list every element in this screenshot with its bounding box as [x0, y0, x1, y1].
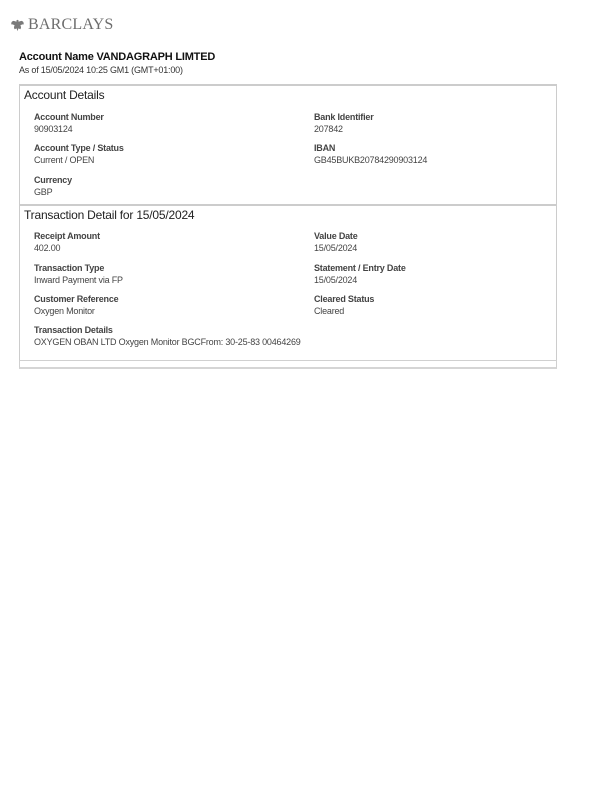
field-value: 15/05/2024 — [314, 274, 406, 286]
field-label: Statement / Entry Date — [314, 262, 406, 274]
account-number-field: Account Number 90903124 — [34, 111, 104, 135]
field-label: Transaction Type — [34, 262, 123, 274]
transaction-detail-panel: Transaction Detail for 15/05/2024 Receip… — [19, 204, 557, 361]
transaction-type-field: Transaction Type Inward Payment via FP — [34, 262, 123, 286]
field-value: 90903124 — [34, 123, 104, 135]
currency-field: Currency GBP — [34, 174, 72, 198]
field-label: Currency — [34, 174, 72, 186]
empty-footer-panel — [19, 360, 557, 369]
value-date-field: Value Date 15/05/2024 — [314, 230, 358, 254]
field-label: Customer Reference — [34, 293, 118, 305]
field-value: Inward Payment via FP — [34, 274, 123, 286]
field-label: Receipt Amount — [34, 230, 100, 242]
field-label: Bank Identifier — [314, 111, 374, 123]
receipt-amount-field: Receipt Amount 402.00 — [34, 230, 100, 254]
field-value: GB45BUKB20784290903124 — [314, 154, 427, 166]
field-label: Transaction Details — [34, 324, 301, 336]
barclays-logo: BARCLAYS — [10, 15, 113, 35]
iban-field: IBAN GB45BUKB20784290903124 — [314, 142, 427, 166]
cleared-status-field: Cleared Status Cleared — [314, 293, 374, 317]
statement-entry-date-field: Statement / Entry Date 15/05/2024 — [314, 262, 406, 286]
field-label: IBAN — [314, 142, 427, 154]
field-value: 15/05/2024 — [314, 242, 358, 254]
account-name-heading: Account Name VANDAGRAPH LIMTED — [19, 51, 215, 63]
field-value: Cleared — [314, 305, 374, 317]
field-value: 207842 — [314, 123, 374, 135]
field-value: Oxygen Monitor — [34, 305, 118, 317]
bank-identifier-field: Bank Identifier 207842 — [314, 111, 374, 135]
field-label: Account Number — [34, 111, 104, 123]
account-type-status-field: Account Type / Status Current / OPEN — [34, 142, 124, 166]
transaction-detail-title: Transaction Detail for 15/05/2024 — [24, 208, 194, 222]
field-value: GBP — [34, 186, 72, 198]
brand-name: BARCLAYS — [28, 16, 113, 34]
eagle-icon — [10, 18, 25, 33]
field-label: Cleared Status — [314, 293, 374, 305]
account-details-panel: Account Details Account Number 90903124 … — [19, 84, 557, 207]
field-value: OXYGEN OBAN LTD Oxygen Monitor BGCFrom: … — [34, 336, 301, 348]
field-value: 402.00 — [34, 242, 100, 254]
field-value: Current / OPEN — [34, 154, 124, 166]
field-label: Value Date — [314, 230, 358, 242]
transaction-details-field: Transaction Details OXYGEN OBAN LTD Oxyg… — [34, 324, 301, 348]
account-details-title: Account Details — [24, 88, 104, 102]
as-of-timestamp: As of 15/05/2024 10:25 GM1 (GMT+01:00) — [19, 65, 183, 75]
customer-reference-field: Customer Reference Oxygen Monitor — [34, 293, 118, 317]
field-label: Account Type / Status — [34, 142, 124, 154]
